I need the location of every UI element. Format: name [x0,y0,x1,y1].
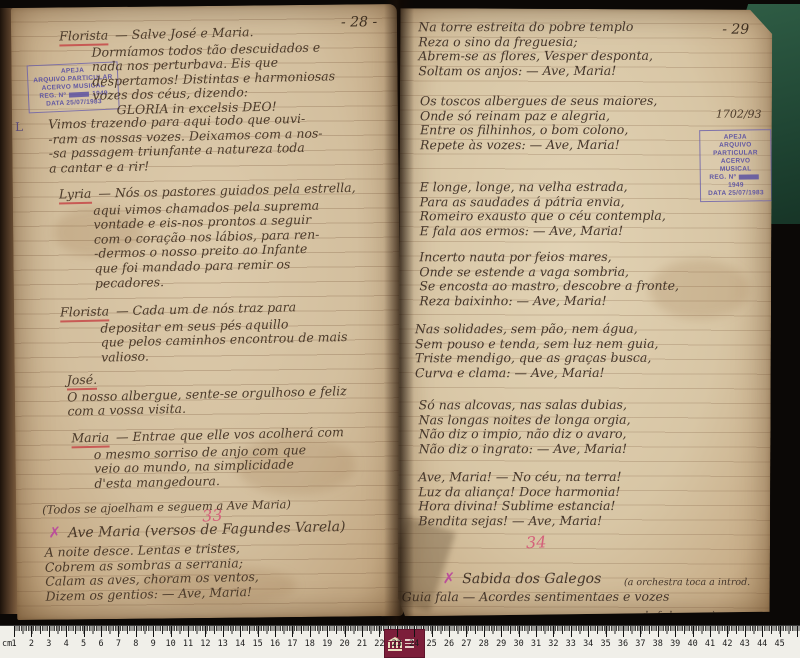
ruler-cm-tick [275,626,276,637]
dialog-maria: Maria — Entrae que elle vos acolherá com… [71,425,345,492]
dialog-florista-continuation: Vimos trazendo para aqui todo que ouvi--… [48,111,323,176]
ruler-number: 31 [531,639,541,649]
ave-maria-stanza-8: Ave, Maria! — No céu, na terra!Luz da al… [418,470,621,529]
ruler-cm-tick [432,626,433,637]
ruler-number: 37 [635,639,645,649]
handwriting-line: Ave, Maria! — No céu, na terra! [418,470,621,485]
ave-maria-stanza-7: Só nas alcovas, nas salas dubias,Nas lon… [419,398,631,457]
ruler-cm-tick [240,626,241,637]
ave-maria-stanza-5: Incerto nauta por feios mares,Onde se es… [419,250,679,309]
ruler-number: 2 [29,639,34,649]
ruler-cm-tick [327,626,328,637]
stamp-line: ACERVO MUSICAL [706,157,766,174]
ruler-number: 38 [653,639,663,649]
ruler-cm-tick [258,626,259,637]
ruler-number: 19 [322,639,332,649]
ruler-cm-tick [101,626,102,637]
ruler-number: 22 [374,639,384,649]
handwriting-line: d'esta mangedoura. [94,471,345,491]
ruler-number: 27 [461,639,471,649]
page-number-right: - 29 [722,22,749,38]
right-page: - 29 1702/93 APEJA ARQUIVO PARTICULAR AC… [398,8,773,618]
ruler-cm-tick [362,626,363,637]
ruler-number: 45 [774,639,784,649]
handwriting-line: Curva e clama: — Ave, Maria! [415,366,659,381]
ruler-number: 1 [11,639,16,649]
ruler-number: 10 [165,639,175,649]
handwriting-line: Dizem os gentios: — Ave, Maria! [45,585,259,604]
ruler-number: 28 [479,639,489,649]
ruler-number: 17 [287,639,297,649]
handwriting-line: Reza baixinho: — Ave, Maria! [419,294,679,309]
handwriting-line: Se encosta ao mastro, descobre a fronte, [419,279,679,294]
ruler-number: 23 [392,639,402,649]
handwriting-line: Não diz o impio, não diz o avaro, [419,427,631,442]
dialog-jose: José.O nosso albergue, sente-se orgulhos… [67,367,348,419]
ruler-cm-tick [623,626,624,637]
ruler-cm-tick [345,626,346,637]
ruler-number: 20 [339,639,349,649]
ruler-cm-tick [223,626,224,637]
orchestra-note: (a orchestra toca a introd. do fado e pa… [624,555,750,618]
ruler-number: 26 [444,639,454,649]
handwriting-line: ✗Ave Maria (versos de Fagundes Varela) [48,519,345,541]
handwriting-line: Os toscos albergues de seus maiores, [420,94,657,109]
handwriting-line: Na torre estreita do pobre templo [418,20,653,35]
speaker-name: José. [67,373,98,390]
ruler-number: 39 [670,639,680,649]
ruler-number: 29 [496,639,506,649]
ruler-cm-tick [710,626,711,637]
speaker-name: Florista [59,28,108,46]
ruler-cm-tick [640,626,641,637]
ruler-number: 34 [583,639,593,649]
ruler-cm-tick [66,626,67,637]
ruler-number: 30 [513,639,523,649]
ruler-number: 18 [305,639,315,649]
handwriting-line: E fala aos ermos: — Ave, Maria! [420,224,666,239]
ruler-cm-tick [188,626,189,637]
cross-mark-icon: ✗ [48,523,61,541]
speaker-name: Lyria [59,187,92,204]
ruler-number: 13 [218,639,228,649]
ruler-cm-tick [501,626,502,637]
ruler-cm-tick [379,626,380,637]
handwriting-line: Bendita sejas! — Ave, Maria! [418,514,621,529]
handwriting-line: Triste mendigo, que as graças busca, [415,351,659,366]
dialog-florista-2: Florista — Cada um de nós traz paradepos… [60,299,348,366]
ruler-cm-tick [310,626,311,637]
ruler-number: 44 [757,639,767,649]
ruler-cm-tick [205,626,206,637]
ruler-number: 5 [81,639,86,649]
ruler-number: 33 [566,639,576,649]
handwriting-line: Não diz o ingrato: — Ave, Maria! [419,442,631,457]
stage-direction: (Todos se ajoelham e seguem a Ave Maria) [42,497,291,517]
ave-maria-stanza-1: A noite desce. Lentas e tristes,Cobrem a… [44,541,259,604]
ruler-cm-tick [118,626,119,637]
ruler-cm-tick [414,626,415,637]
speaker-name: Maria [71,431,109,448]
ruler-cm-tick [762,626,763,637]
ruler-cm-tick [536,626,537,637]
ruler-cm-tick [466,626,467,637]
ruler-number: 6 [98,639,103,649]
handwriting-line: Soltam os anjos: — Ave, Maria! [418,64,653,79]
ruler-number: 12 [200,639,210,649]
ruler-cm-tick [153,626,154,637]
guia-fala-line: Guia fala — Acordes sentimentaes e vozes [402,590,670,605]
ruler-cm-tick [745,626,746,637]
ruler-cm-tick [397,626,398,637]
dialog-florista-1: Florista — Salve José e Maria.Dormíamos … [59,23,336,119]
handwriting-line: Só nas alcovas, nas salas dubias, [419,398,631,413]
ruler-cm-tick [658,626,659,637]
ruler-number: 4 [64,639,69,649]
scanned-manuscript-photo: - 28 - APEJA ARQUIVO PARTICULAR ACERVO M… [0,0,800,658]
ruler-cm-tick [675,626,676,637]
scene-number-34: 34 [526,532,547,552]
ruler-cm-tick [797,626,798,637]
handwriting-line: Romeiro exausto que o céu contempla, [420,209,666,224]
ruler-number: 21 [357,639,367,649]
ruler-number: 14 [235,639,245,649]
ruler-number: 40 [687,639,697,649]
ruler: cm 1234567891011121314151617181920212223… [0,625,800,658]
ruler-cm-tick [136,626,137,637]
cross-mark-icon: ✗ [443,569,456,587]
sabida-title: Sabida dos Galegos [462,571,601,587]
archive-stamp-right: APEJA ARQUIVO PARTICULAR ACERVO MUSICAL … [699,129,772,202]
ruler-number: 9 [151,639,156,649]
ruler-cm-tick [84,626,85,637]
handwriting-line: Nas solidades, sem pão, nem água, [415,322,659,337]
ruler-number: 36 [618,639,628,649]
ruler-number: 32 [548,639,558,649]
ave-maria-stanza-3: Os toscos albergues de seus maiores,Onde… [420,94,657,153]
handwriting-line: valioso. [101,345,348,365]
ave-maria-heading: ✗Ave Maria (versos de Fagundes Varela) [48,519,345,541]
ruler-cm-tick [484,626,485,637]
ruler-number: 43 [740,639,750,649]
ruler-cm-tick [449,626,450,637]
ruler-cm-tick [31,626,32,637]
ruler-cm-tick [693,626,694,637]
handwriting-line: Hora divina! Sublime estancia! [418,499,621,514]
ruler-number: 8 [133,639,138,649]
ave-maria-stanza-6: Nas solidades, sem pão, nem água,Sem pou… [415,322,659,381]
ruler-number: 42 [722,639,732,649]
handwriting-line: (Todos se ajoelham e seguem a Ave Maria) [42,497,291,517]
ruler-number: 25 [426,639,436,649]
left-page: - 28 - APEJA ARQUIVO PARTICULAR ACERVO M… [11,4,403,620]
page-number-left: - 28 - [341,14,377,30]
ruler-number: 24 [409,639,419,649]
ruler-number: 7 [116,639,121,649]
ruler-number: 11 [183,639,193,649]
ruler-number: 41 [705,639,715,649]
ave-maria-stanza-4: E longe, longe, na velha estrada,Para as… [420,180,666,239]
ruler-cm-tick [588,626,589,637]
stamp-line: ARQUIVO PARTICULAR [705,141,765,158]
stamp-reg-line: REG. Nº1949 [706,173,766,190]
handwriting-line: Abrem-se as flores, Vesper desponta, [418,49,653,64]
ruler-cm-tick [727,626,728,637]
ruler-number: 16 [270,639,280,649]
ruler-cm-tick [553,626,554,637]
ruler-cm-tick [519,626,520,637]
handwriting-line: Repete às vozes: — Ave, Maria! [420,138,657,153]
archive-reference-number: 1702/93 [716,108,762,121]
ave-maria-stanza-2: Na torre estreita do pobre temploReza o … [418,20,653,79]
speaker-name: Florista [60,304,109,322]
ruler-cm-tick [14,626,15,637]
ruler-number: 15 [252,639,262,649]
ruler-number: 3 [46,639,51,649]
margin-pencil-mark: L [15,120,23,134]
stamp-date-line: DATA 25/07/1983 [706,189,766,198]
ruler-cm-tick [571,626,572,637]
handwriting-line: Entre os filhinhos, o bom colono, [420,123,657,138]
ruler-cm-tick [49,626,50,637]
handwriting-line: Incerto nauta por feios mares, [419,250,679,265]
handwriting-line: E longe, longe, na velha estrada, [420,180,666,195]
dialog-lyria: Lyria — Nós os pastores guiados pela est… [59,181,358,292]
ruler-cm-tick [606,626,607,637]
ruler-cm-tick [292,626,293,637]
ruler-cm-tick [171,626,172,637]
ruler-number: 35 [600,639,610,649]
ruler-cm-tick [780,626,781,637]
ink-blot [739,174,759,179]
